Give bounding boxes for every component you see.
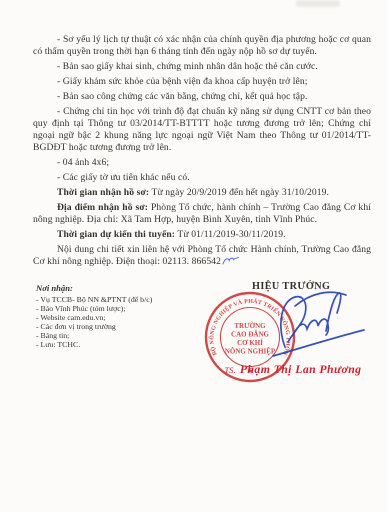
recipient-item: - Lưu: TCHC. [36,340,206,349]
stamp-center-line: CAO ĐẲNG [231,331,269,339]
recipients-block: Nơi nhận: - Vụ TCCB- Bộ NN &PTNT (để b/c… [36,283,206,349]
scanned-recruitment-notice: - Sơ yếu lý lịch tự thuật có xác nhận củ… [0,0,387,512]
stamp-center-line: NÔNG NGHIỆP [225,348,276,356]
info-label: Thời gian dự kiến thi tuyển: [57,229,175,240]
recipients-heading: Nơi nhận: [36,283,206,293]
signer-full-name: Phạm Thị Lan Phương [240,362,362,376]
bullet-item: - Chứng chỉ tin học với trình độ đạt chu… [33,106,371,154]
bullet-item: - Các giấy tờ ưu tiên khác nếu có. [33,172,371,184]
recipient-item: - Báo Vĩnh Phúc (tóm lược); [36,304,206,313]
info-value: Từ 01/11/2019-30/11/2019. [175,229,286,240]
recipient-item: - Website cam.edu.vn; [36,313,206,322]
bullet-item: - Bản sao giấy khai sinh, chứng minh nhâ… [33,61,371,73]
initials-ink-mark [222,256,240,266]
recipients-list: - Vụ TCCB- Bộ NN &PTNT (để b/c) - Báo Vĩ… [36,295,206,349]
scan-artifact [296,0,340,7]
info-line-receive-time: Thời gian nhận hồ sơ: Từ ngày 20/9/2019 … [33,187,371,199]
handwritten-signature [271,285,367,363]
info-label: Thời gian nhận hồ sơ: [57,187,149,198]
bullet-item: - Sơ yếu lý lịch tự thuật có xác nhận củ… [33,34,371,58]
signer-degree-prefix: TS. [225,366,236,375]
info-value: Từ ngày 20/9/2019 đến hết ngày 31/10/201… [149,187,329,198]
info-label: Địa điểm nhận hồ sơ: [57,202,148,213]
info-line-receive-place: Địa điểm nhận hồ sơ: Phòng Tổ chức, hành… [33,202,371,226]
stamp-center-line: TRƯỜNG [234,322,266,330]
signer-name: TS. Phạm Thị Lan Phương [218,360,368,378]
info-line-exam-time: Thời gian dự kiến thi tuyển: Từ 01/11/20… [33,229,371,241]
recipient-item: - Các đơn vị trong trường [36,322,206,331]
stamp-center-line: CƠ KHÍ [237,339,263,347]
recipient-item: - Vụ TCCB- Bộ NN &PTNT (để b/c) [36,295,206,304]
bullet-item: - 04 ảnh 4x6; [33,157,371,169]
contact-text: Nội dung chi tiết xin liên hệ với Phòng … [33,244,371,267]
bullet-item: - Giấy khám sức khỏe của bệnh viện đa kh… [33,76,371,88]
document-body: - Sơ yếu lý lịch tự thuật có xác nhận củ… [33,34,371,271]
bullet-item: - Bản sao công chứng các văn bằng, chứng… [33,91,371,103]
contact-paragraph: Nội dung chi tiết xin liên hệ với Phòng … [33,244,371,268]
recipient-item: - Bảng tin; [36,331,206,340]
